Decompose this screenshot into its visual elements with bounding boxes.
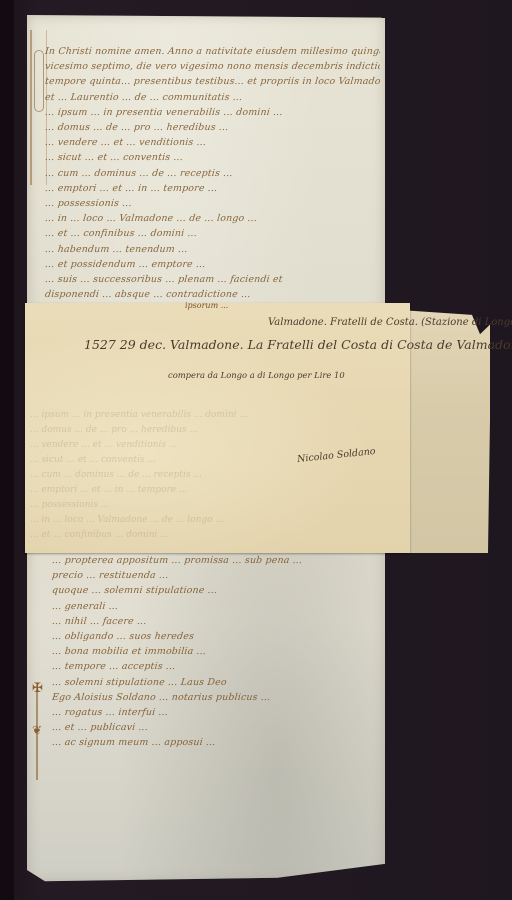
ms-line: ... possessionis ...	[45, 196, 380, 211]
note-heading: Valmadone. Fratelli de Costa. (Stazione …	[268, 317, 512, 328]
ms-line: ... propterea appositum ... promissa ...…	[52, 553, 380, 568]
ghost-line: ... emptori ... et ... in ... tempore ..…	[30, 483, 355, 498]
ms-line: ... solemni stipulatione ... Laus Deo	[52, 675, 380, 690]
notarial-sign-icon	[36, 685, 52, 780]
ms-line: ... in ... loco ... Valmadone ... de ...…	[45, 211, 380, 226]
ms-line: ... et possidendum ... emptore ...	[45, 257, 380, 272]
ghost-line: ... possessionis ...	[30, 498, 355, 513]
ghost-line: ... cum ... dominus ... de ... receptis …	[30, 468, 355, 483]
ms-line: tempore quinta... presentibus testibus..…	[45, 74, 380, 89]
ghost-line: ... vendere ... et ... venditionis ...	[30, 438, 355, 453]
ms-line: ... et ... publicavi ...	[52, 720, 380, 735]
ghost-line: ... domus ... de ... pro ... heredibus .…	[30, 423, 355, 438]
ghost-line: ... et ... confinibus ... domini ...	[30, 528, 355, 543]
ms-line: ... rogatus ... interfui ...	[52, 705, 380, 720]
ms-line: precio ... restituenda ...	[52, 568, 380, 583]
note-date-line: 1527 29 dec. Valmadone. La Fratelli del …	[84, 337, 512, 352]
ms-line: Ego Aloisius Soldano ... notarius public…	[52, 690, 380, 705]
binding-edge	[0, 0, 14, 900]
ms-line: quoque ... solemni stipulatione ...	[52, 583, 380, 598]
ms-line: ... suis ... successoribus ... plenam ..…	[45, 272, 380, 287]
ms-line: ... habendum ... tenendum ...	[45, 242, 380, 257]
ghost-line: ... in ... loco ... Valmadone ... de ...…	[30, 513, 355, 528]
ms-line: et ... Laurentio ... de ... communitatis…	[45, 90, 380, 105]
ms-line: ... obligando ... suos heredes	[52, 629, 380, 644]
ms-line: ... emptori ... et ... in ... tempore ..…	[45, 181, 380, 196]
ms-line: ... et ... confinibus ... domini ...	[45, 226, 380, 241]
show-through-text: ... ipsum ... in presentia venerabilis .…	[30, 408, 355, 548]
ms-line: ... ipsum ... in presentia venerabilis .…	[45, 105, 380, 120]
manuscript-upper-text: In Christi nomine amen. Anno a nativitat…	[45, 44, 380, 318]
ms-line: ... generali ...	[52, 599, 380, 614]
ms-line: vicesimo septimo, die vero vigesimo nono…	[45, 59, 380, 74]
ms-line: In Christi nomine amen. Anno a nativitat…	[45, 44, 380, 59]
manuscript-line-fragment: ipsorum ...	[185, 301, 228, 310]
ms-line: ... bona mobilia et immobilia ...	[52, 644, 380, 659]
ms-line: ... nihil ... facere ...	[52, 614, 380, 629]
ghost-line: ... ipsum ... in presentia venerabilis .…	[30, 408, 355, 423]
manuscript-lower-text: ... propterea appositum ... promissa ...…	[52, 553, 380, 751]
ms-line: ... domus ... de ... pro ... heredibus .…	[45, 120, 380, 135]
ms-line: ... sicut ... et ... conventis ...	[45, 150, 380, 165]
ms-line: ... vendere ... et ... venditionis ...	[45, 135, 380, 150]
ms-line: ... cum ... dominus ... de ... receptis …	[45, 166, 380, 181]
ms-line: ... ac signum meum ... apposui ...	[52, 735, 380, 750]
ms-line: ... tempore ... acceptis ...	[52, 659, 380, 674]
note-subheading: compera da Longo a di Longo per Lire 10	[168, 370, 345, 380]
